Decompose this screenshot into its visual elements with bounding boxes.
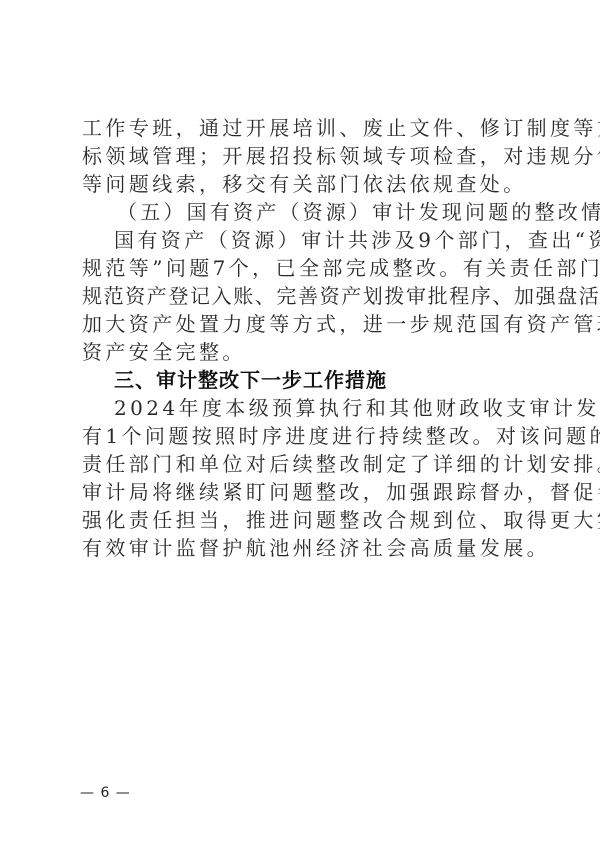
page-number: — 6 —: [80, 785, 131, 801]
text-line: 规范资产登记入账、完善资产划拨审批程序、加强盘活闲置资产、: [82, 282, 522, 310]
state-assets-paragraph: 国有资产（资源）审计共涉及9个部门，查出“资产管理不 规范等”问题7个，已全部完…: [82, 226, 522, 366]
document-page: 工作专班，通过开展培训、废止文件、修订制度等方式规范招投 标领域管理；开展招投标…: [82, 114, 522, 562]
section-heading-state-assets: （五）国有资产（资源）审计发现问题的整改情况: [82, 198, 522, 226]
text-line: 有效审计监督护航池州经济社会高质量发展。: [82, 534, 522, 562]
text-line: 规范等”问题7个，已全部完成整改。有关责任部门和单位通过: [82, 254, 522, 282]
text-line: 2024年度本级预算执行和其他财政收支审计发现的问题中，: [82, 394, 522, 422]
text-line: 责任部门和单位对后续整改制定了详细的计划安排。下一步，市: [82, 450, 522, 478]
text-line: 加大资产处置力度等方式，进一步规范国有资产管理，维护国有: [82, 310, 522, 338]
text-line: 有1个问题按照时序进度进行持续整改。对该问题的整改，相关: [82, 422, 522, 450]
text-line: 工作专班，通过开展培训、废止文件、修订制度等方式规范招投: [82, 114, 522, 142]
text-line: 资产安全完整。: [82, 338, 522, 366]
continued-paragraph: 工作专班，通过开展培训、废止文件、修订制度等方式规范招投 标领域管理；开展招投标…: [82, 114, 522, 198]
text-line: 国有资产（资源）审计共涉及9个部门，查出“资产管理不: [82, 226, 522, 254]
text-line: 标领域管理；开展招投标领域专项检查，对违规分包或违法转包: [82, 142, 522, 170]
text-line: 审计局将继续紧盯问题整改，加强跟踪督办，督促各部门进一步: [82, 478, 522, 506]
next-steps-paragraph: 2024年度本级预算执行和其他财政收支审计发现的问题中， 有1个问题按照时序进度…: [82, 394, 522, 562]
section-heading-next-steps: 三、审计整改下一步工作措施: [82, 366, 522, 394]
text-line: 强化责任担当，推进问题整改合规到位、取得更大实效，以有力: [82, 506, 522, 534]
text-line: 等问题线索，移交有关部门依法依规查处。: [82, 170, 522, 198]
